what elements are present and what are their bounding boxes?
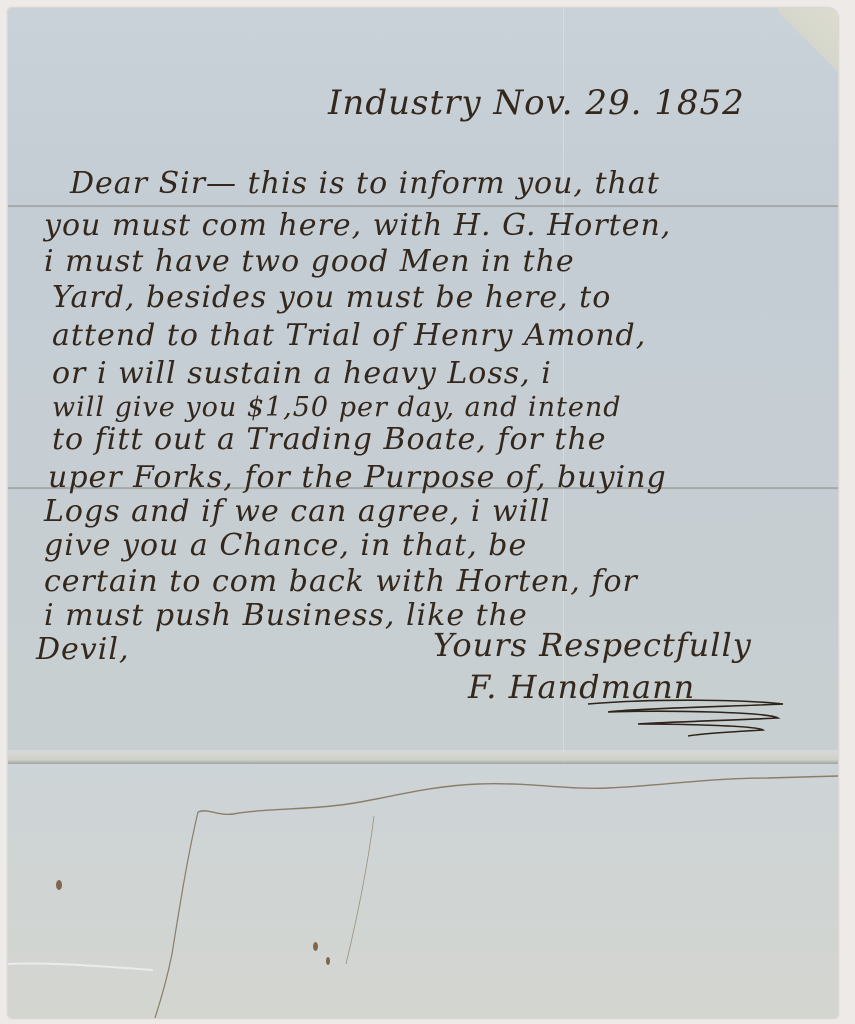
signature-flourish-icon [578, 696, 808, 741]
letter-line-12: certain to com back with Horten, for [44, 564, 638, 599]
tear-edge-icon [8, 764, 838, 1018]
dateline: Industry Nov. 29. 1852 [328, 83, 745, 123]
ink-stain [326, 957, 330, 965]
fold-crease-lower [8, 750, 838, 764]
letter-line-6: or i will sustain a heavy Loss, i [52, 356, 552, 391]
letter-line-7: will give you $1,50 per day, and intend [52, 392, 622, 423]
torn-lower-panel [8, 764, 838, 1018]
ink-stain [313, 942, 318, 951]
letter-line-8: to fitt out a Trading Boate, for the [52, 422, 607, 457]
closing: Yours Respectfully [433, 626, 752, 664]
letter-line-4: Yard, besides you must be here, to [52, 280, 611, 315]
letter-line-9: uper Forks, for the Purpose of, buying [48, 460, 667, 495]
letter-body: Industry Nov. 29. 1852 Dear Sir— this is… [8, 8, 838, 748]
letter-line-1: Dear Sir— this is to inform you, that [70, 166, 660, 201]
letter-line-11: give you a Chance, in that, be [44, 528, 527, 563]
letter-line-5: attend to that Trial of Henry Amond, [52, 318, 646, 353]
letter-line-14: Devil, [36, 632, 129, 667]
letter-sheet: Industry Nov. 29. 1852 Dear Sir— this is… [8, 8, 838, 1018]
letter-line-2: you must com here, with H. G. Horten, [44, 208, 671, 243]
letter-line-10: Logs and if we can agree, i will [44, 494, 550, 529]
letter-line-3: i must have two good Men in the [44, 244, 575, 279]
ink-stain [56, 880, 62, 890]
